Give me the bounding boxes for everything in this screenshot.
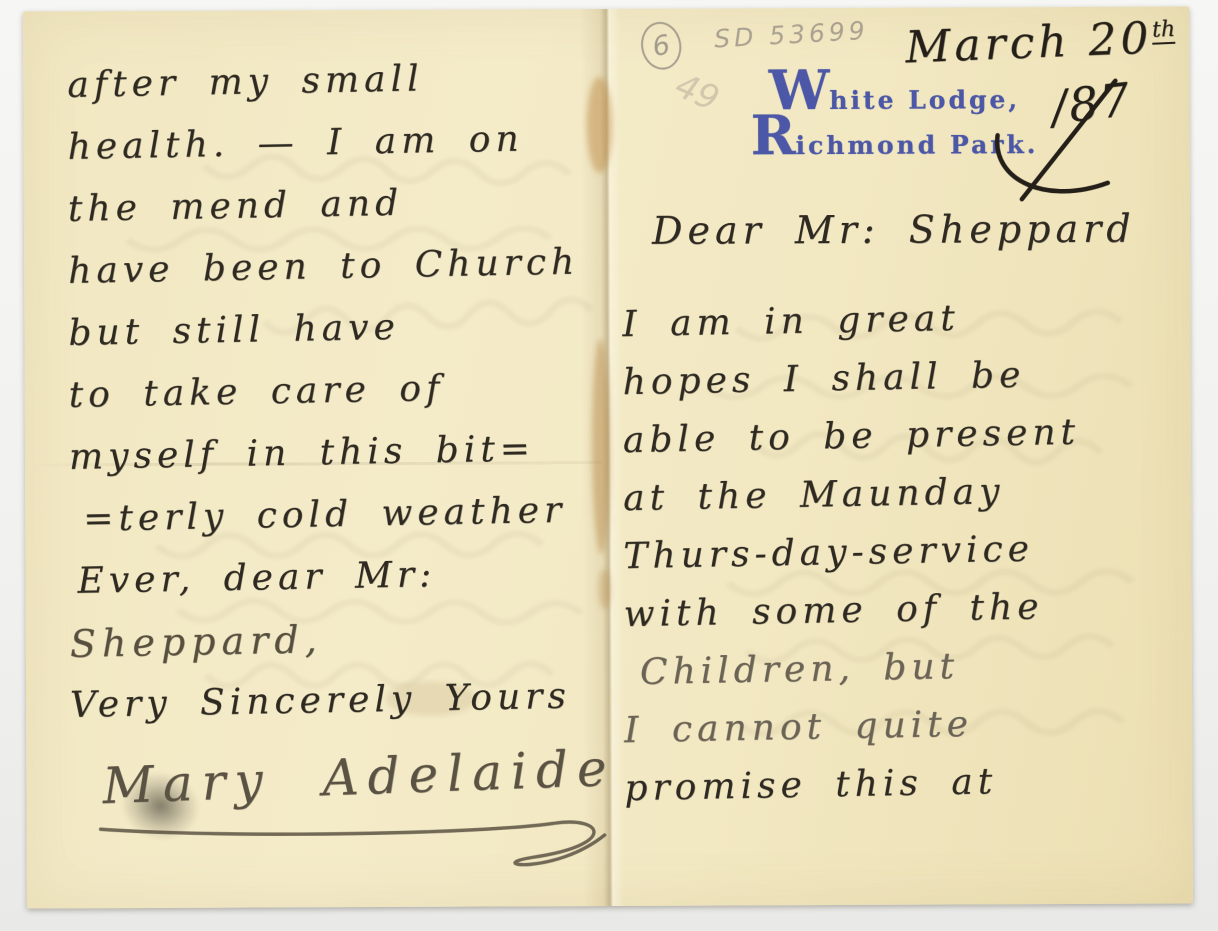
archival-pencil-marks: 6 SD 53699 49 bbox=[641, 20, 869, 69]
scan-background: after my small health. — I am on the men… bbox=[0, 0, 1218, 931]
handwritten-line: Sheppard, bbox=[69, 604, 581, 675]
handwritten-line: myself in this bit= bbox=[68, 418, 580, 489]
handwritten-line: Ever, dear Mr: bbox=[77, 542, 581, 613]
handwritten-line: with some of the bbox=[623, 578, 1081, 644]
signature-mary-adelaide: Mary Adelaide bbox=[102, 739, 617, 815]
left-page-text: after my small health. — I am on the men… bbox=[67, 49, 581, 733]
archival-circled-number: 6 bbox=[637, 18, 685, 72]
handwritten-line: Thurs-day-service bbox=[623, 520, 1081, 586]
handwritten-line: I am in great bbox=[622, 288, 1080, 354]
handwritten-line: to take care of bbox=[68, 356, 580, 427]
handwritten-line: at the Maunday bbox=[623, 462, 1081, 528]
handwritten-line: hopes I shall be bbox=[622, 346, 1080, 412]
handwritten-line: have been to Church bbox=[68, 232, 580, 303]
date-ordinal-suffix: th bbox=[1151, 17, 1175, 45]
handwritten-line: the mend and bbox=[67, 170, 579, 241]
date-flourish bbox=[987, 71, 1168, 212]
date-month-day: March 20th bbox=[904, 12, 1176, 74]
handwritten-line: Very Sincerely Yours bbox=[70, 666, 582, 737]
letter-page-left: after my small health. — I am on the men… bbox=[41, 9, 605, 908]
handwritten-line: =terly cold weather bbox=[83, 480, 581, 551]
handwritten-line: after my small bbox=[67, 46, 579, 117]
handwritten-line: I cannot quite bbox=[624, 694, 1082, 760]
handwritten-line: but still have bbox=[68, 294, 580, 365]
salutation: Dear Mr: Sheppard bbox=[652, 207, 1136, 253]
right-page-text: I am in great hopes I shall be able to b… bbox=[622, 291, 1081, 815]
handwritten-line: able to be present bbox=[622, 404, 1080, 470]
handwritten-line: promise this at bbox=[624, 752, 1082, 818]
letter-page-right: 6 SD 53699 49 White Lodge, Richmond Park… bbox=[611, 7, 1181, 906]
signature-flourish bbox=[85, 805, 625, 897]
letter-paper: after my small health. — I am on the men… bbox=[23, 6, 1193, 908]
handwritten-line: health. — I am on bbox=[67, 108, 579, 179]
archival-reference-code: SD 53699 bbox=[714, 16, 870, 54]
handwritten-line: Children, but bbox=[639, 636, 1081, 702]
